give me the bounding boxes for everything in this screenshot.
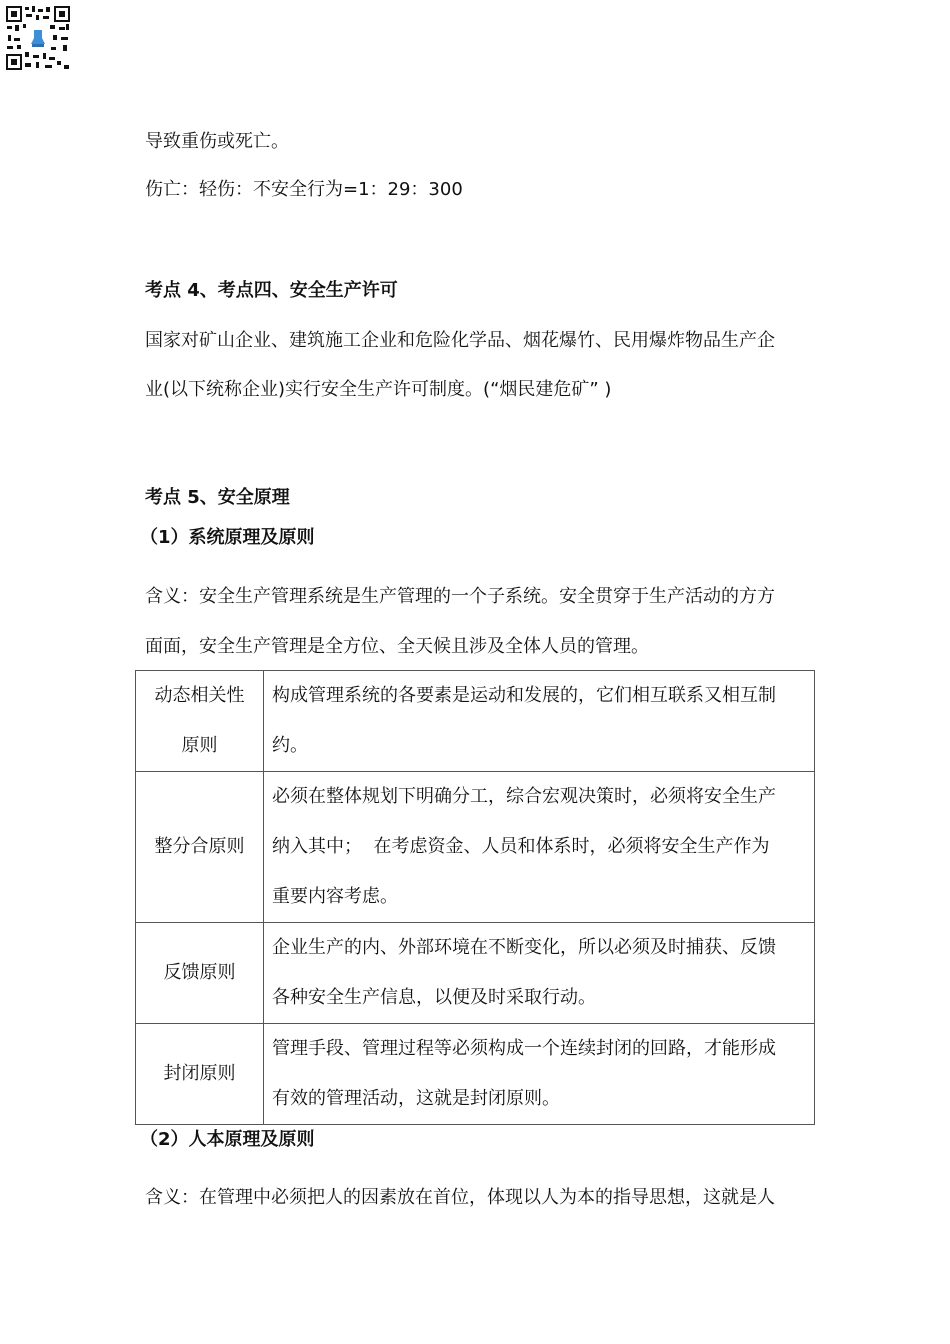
principle-desc-cell: 企业生产的内、外部环境在不断变化，所以必须及时捕获、反馈 各种安全生产信息，以便… bbox=[264, 923, 815, 1024]
principle-name-line: 原则 bbox=[136, 721, 263, 771]
table-row: 动态相关性 原则 构成管理系统的各要素是运动和发展的，它们相互联系又相互制 约。 bbox=[136, 671, 815, 772]
principle-desc-line: 纳入其中； 在考虑资金、人员和体系时，必须将安全生产作为 bbox=[272, 822, 814, 872]
paragraph-license-line-2: 业(以下统称企业)实行安全生产许可制度。(“烟民建危矿” ) bbox=[145, 378, 611, 402]
principle-desc-line: 有效的管理活动，这就是封闭原则。 bbox=[272, 1074, 814, 1124]
principle-desc-line: 管理手段、管理过程等必须构成一个连续封闭的回路，才能形成 bbox=[272, 1024, 814, 1074]
principle-name-cell: 动态相关性 原则 bbox=[136, 671, 264, 772]
principle-desc-line: 企业生产的内、外部环境在不断变化，所以必须及时捕获、反馈 bbox=[272, 923, 814, 973]
principle-name-cell: 整分合原则 bbox=[136, 772, 264, 923]
principle-desc-cell: 必须在整体规划下明确分工，综合宏观决策时，必须将安全生产 纳入其中； 在考虑资金… bbox=[264, 772, 815, 923]
principle-name-cell: 反馈原则 bbox=[136, 923, 264, 1024]
principle-desc-line: 约。 bbox=[272, 721, 814, 771]
paragraph-human-meaning-line-1: 含义：在管理中必须把人的因素放在首位，体现以人为本的指导思想，这就是人 bbox=[145, 1186, 775, 1210]
paragraph-license-line-1: 国家对矿山企业、建筑施工企业和危险化学品、烟花爆竹、民用爆炸物品生产企 bbox=[145, 329, 775, 353]
paragraph-system-meaning-line-1: 含义：安全生产管理系统是生产管理的一个子系统。安全贯穿于生产活动的方方 bbox=[145, 585, 775, 609]
principle-name-line: 整分合原则 bbox=[136, 822, 263, 872]
heading-section-4: 考点 4、考点四、安全生产许可 bbox=[145, 279, 398, 303]
table-row: 整分合原则 必须在整体规划下明确分工，综合宏观决策时，必须将安全生产 纳入其中；… bbox=[136, 772, 815, 923]
principle-desc-line: 必须在整体规划下明确分工，综合宏观决策时，必须将安全生产 bbox=[272, 772, 814, 822]
principle-name-line: 封闭原则 bbox=[136, 1049, 263, 1099]
principle-desc-line: 各种安全生产信息，以便及时采取行动。 bbox=[272, 973, 814, 1023]
qr-code-image bbox=[5, 5, 71, 71]
principle-desc-line: 构成管理系统的各要素是运动和发展的，它们相互联系又相互制 bbox=[272, 671, 814, 721]
subheading-system-principle: （1）系统原理及原则 bbox=[140, 526, 315, 550]
principle-desc-line: 重要内容考虑。 bbox=[272, 872, 814, 922]
principle-desc-cell: 构成管理系统的各要素是运动和发展的，它们相互联系又相互制 约。 bbox=[264, 671, 815, 772]
principles-table: 动态相关性 原则 构成管理系统的各要素是运动和发展的，它们相互联系又相互制 约。… bbox=[135, 670, 815, 1125]
principle-name-line: 反馈原则 bbox=[136, 948, 263, 998]
table-row: 反馈原则 企业生产的内、外部环境在不断变化，所以必须及时捕获、反馈 各种安全生产… bbox=[136, 923, 815, 1024]
paragraph-system-meaning-line-2: 面面，安全生产管理是全方位、全天候且涉及全体人员的管理。 bbox=[145, 635, 649, 659]
principle-name-line: 动态相关性 bbox=[136, 671, 263, 721]
principle-name-cell: 封闭原则 bbox=[136, 1024, 264, 1125]
subheading-human-principle: （2）人本原理及原则 bbox=[140, 1128, 315, 1152]
table-row: 封闭原则 管理手段、管理过程等必须构成一个连续封闭的回路，才能形成 有效的管理活… bbox=[136, 1024, 815, 1125]
paragraph-heinrich-ratio: 伤亡：轻伤：不安全行为=1：29：300 bbox=[145, 178, 463, 202]
paragraph-injury-outcome: 导致重伤或死亡。 bbox=[145, 130, 289, 154]
heading-section-5: 考点 5、安全原理 bbox=[145, 486, 290, 510]
principle-desc-cell: 管理手段、管理过程等必须构成一个连续封闭的回路，才能形成 有效的管理活动，这就是… bbox=[264, 1024, 815, 1125]
